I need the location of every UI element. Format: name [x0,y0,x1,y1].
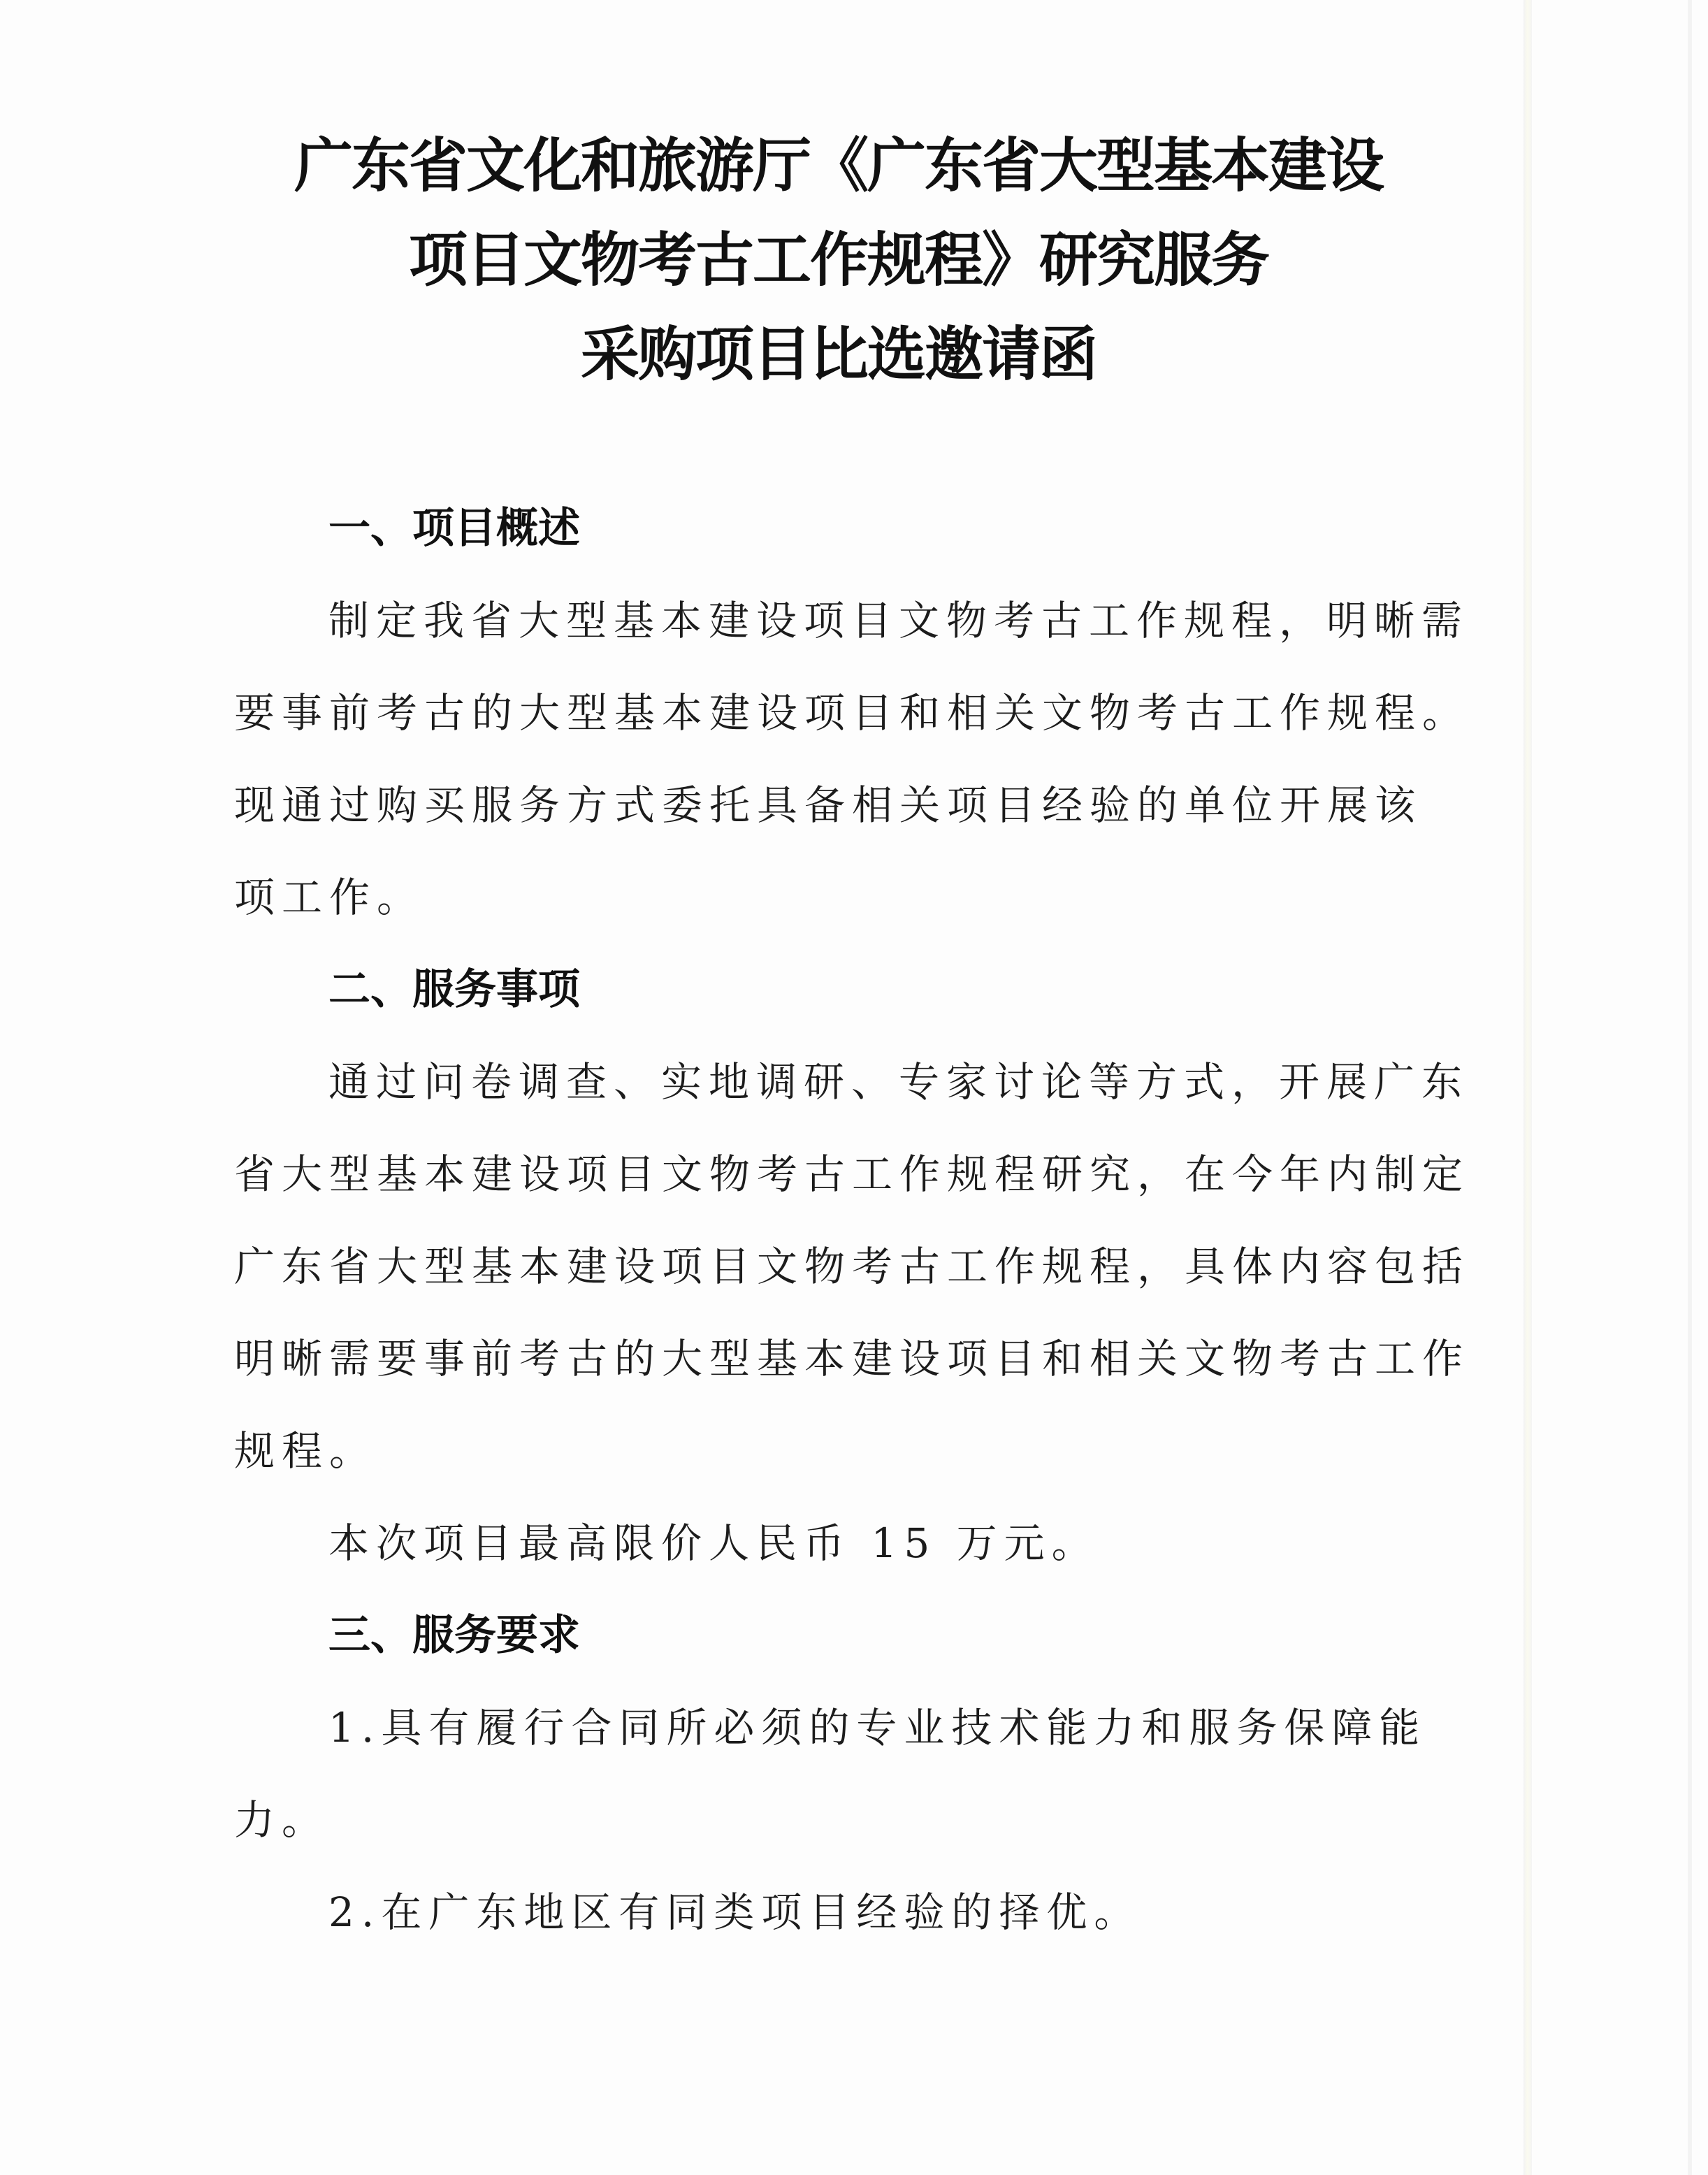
text-line: 1.具有履行合同所必须的专业技术能力和服务保障能 [234,1682,1450,1774]
scan-edge-line [1688,0,1692,2175]
text-line: 2.在广东地区有同类项目经验的择优。 [234,1866,1450,1958]
document-page: 广东省文化和旅游厅《广东省大型基本建设 项目文物考古工作规程》研究服务 采购项目… [0,0,1708,2175]
requirement-item: 2.在广东地区有同类项目经验的择优。 [234,1866,1450,1958]
title-line: 采购项目比选邀请函 [0,308,1677,402]
text-line: 广东省大型基本建设项目文物考古工作规程，具体内容包括 [234,1220,1450,1313]
text-line: 力。 [234,1774,1450,1866]
paragraph-budget: 本次项目最高限价人民币 15 万元。 [234,1497,1450,1589]
text-line: 制定我省大型基本建设项目文物考古工作规程，明晰需 [234,575,1450,667]
paragraph: 通过问卷调查、实地调研、专家讨论等方式，开展广东 省大型基本建设项目文物考古工作… [234,1036,1450,1497]
text-line: 现通过购买服务方式委托具备相关项目经验的单位开展该 [234,759,1450,851]
title-line: 广东省文化和旅游厅《广东省大型基本建设 [0,119,1677,213]
text-line: 要事前考古的大型基本建设项目和相关文物考古工作规程。 [234,667,1450,759]
text-line: 通过问卷调查、实地调研、专家讨论等方式，开展广东 [234,1036,1450,1128]
text-line: 明晰需要事前考古的大型基本建设项目和相关文物考古工作 [234,1313,1450,1405]
section-heading: 一、项目概述 [234,482,1450,575]
text-line: 项工作。 [234,851,1450,944]
document-title: 广东省文化和旅游厅《广东省大型基本建设 项目文物考古工作规程》研究服务 采购项目… [0,119,1677,402]
document-body: 一、项目概述 制定我省大型基本建设项目文物考古工作规程，明晰需 要事前考古的大型… [234,482,1450,1958]
text-line: 本次项目最高限价人民币 15 万元。 [234,1497,1450,1589]
section-heading: 二、服务事项 [234,944,1450,1036]
paragraph: 制定我省大型基本建设项目文物考古工作规程，明晰需 要事前考古的大型基本建设项目和… [234,575,1450,944]
section-heading: 三、服务要求 [234,1589,1450,1682]
title-line: 项目文物考古工作规程》研究服务 [0,213,1677,308]
requirement-item: 1.具有履行合同所必须的专业技术能力和服务保障能 力。 [234,1682,1450,1866]
text-line: 省大型基本建设项目文物考古工作规程研究，在今年内制定 [234,1128,1450,1220]
text-line: 规程。 [234,1405,1450,1497]
